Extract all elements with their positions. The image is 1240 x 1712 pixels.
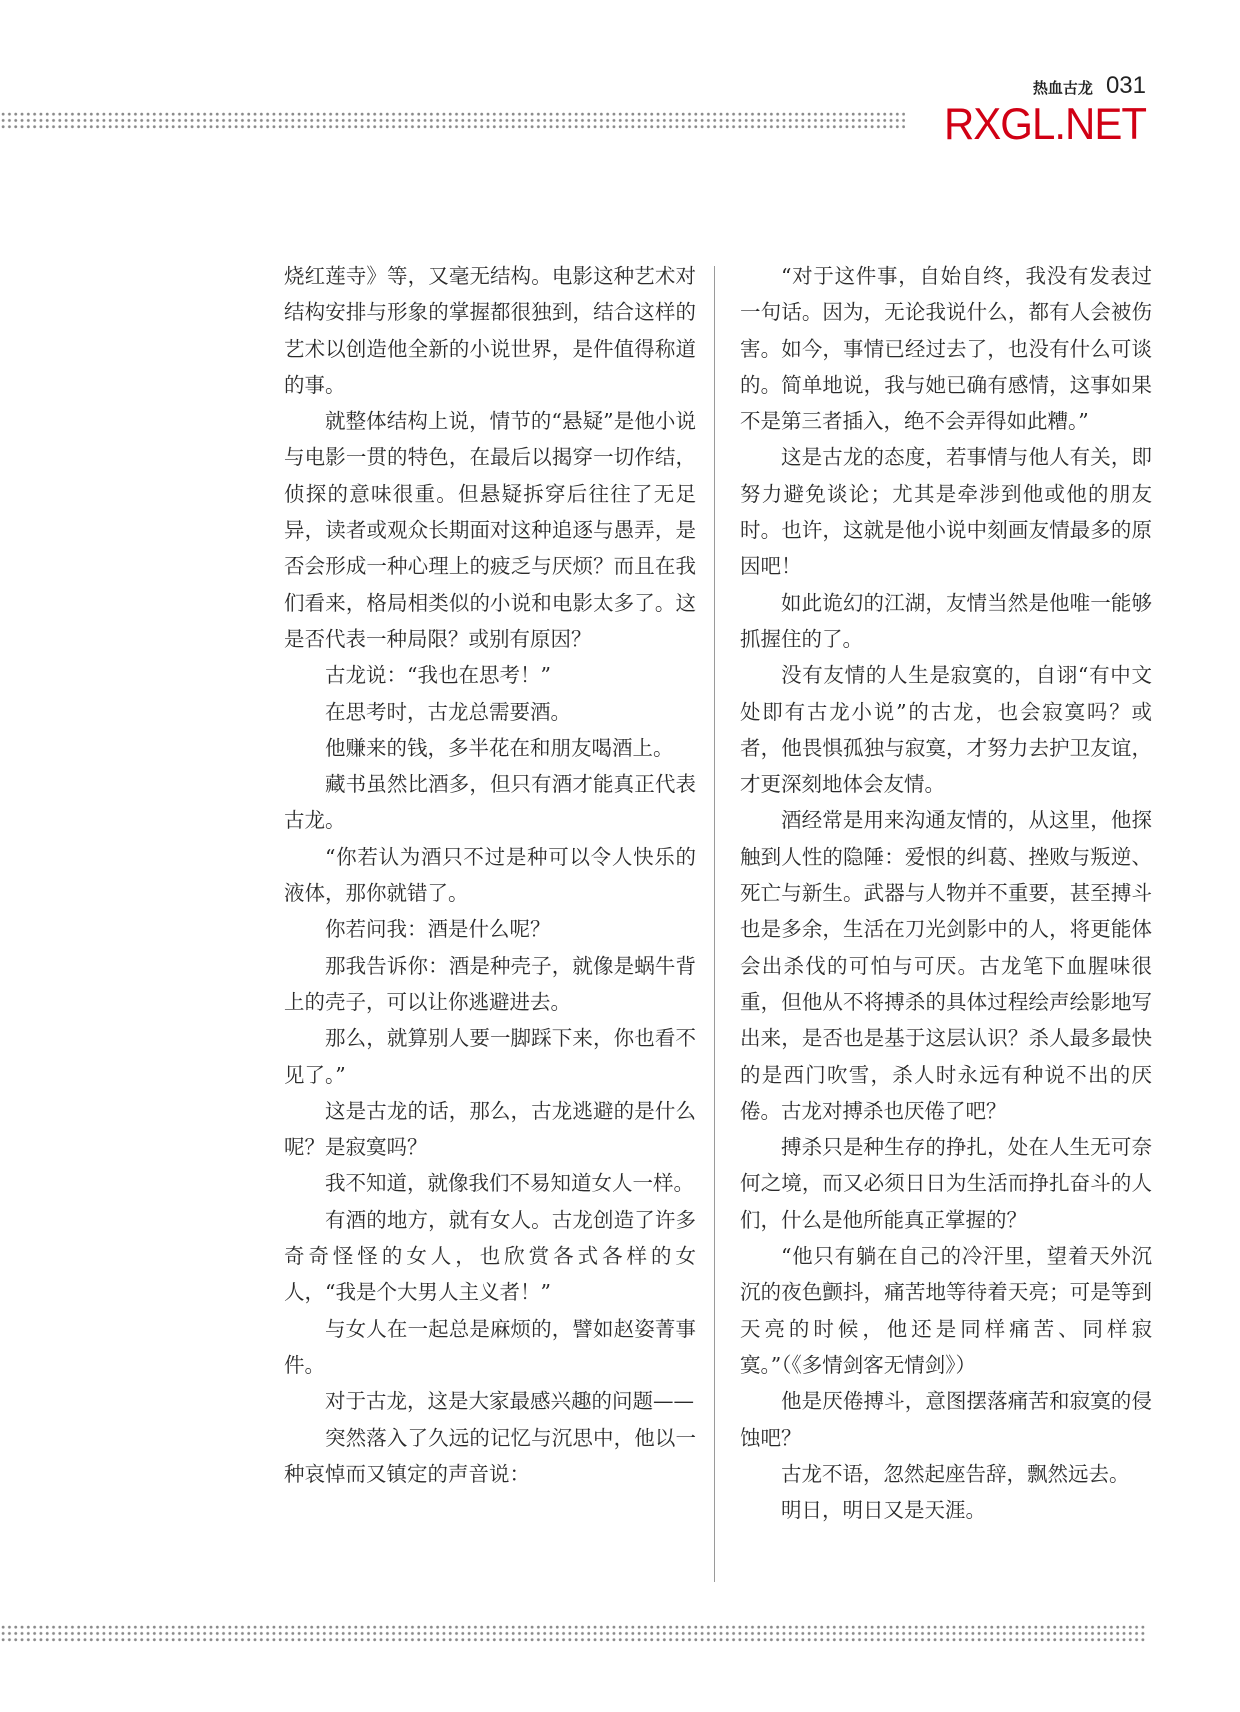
paragraph: “对于这件事，自始自终，我没有发表过一句话。因为，无论我说什么，都有人会被伤害。… <box>740 258 1152 439</box>
paragraph: 与女人在一起总是麻烦的，譬如赵姿菁事件。 <box>284 1311 696 1384</box>
paragraph: 搏杀只是种生存的挣扎，处在人生无可奈何之境，而又必须日日为生活而挣扎奋斗的人们，… <box>740 1129 1152 1238</box>
paragraph: “你若认为酒只不过是种可以令人快乐的液体，那你就错了。 <box>284 839 696 912</box>
paragraph: 没有友情的人生是寂寞的，自诩“有中文处即有古龙小说”的古龙，也会寂寞吗？或者，他… <box>740 657 1152 802</box>
paragraph: 他赚来的钱，多半花在和朋友喝酒上。 <box>284 730 696 766</box>
column-divider <box>714 266 715 1582</box>
brand-logo: RXGL.NET <box>944 102 1146 146</box>
header-dotted-band <box>0 111 905 130</box>
article-column-left: 烧红莲寺》等，又毫无结构。电影这种艺术对结构安排与形象的掌握都很独到，结合这样的… <box>284 258 696 1492</box>
page-number: 031 <box>1106 72 1146 99</box>
paragraph: 那我告诉你：酒是种壳子，就像是蜗牛背上的壳子，可以让你逃避进去。 <box>284 948 696 1021</box>
footer-dotted-band <box>0 1624 1145 1643</box>
article-column-right: “对于这件事，自始自终，我没有发表过一句话。因为，无论我说什么，都有人会被伤害。… <box>740 258 1152 1528</box>
paragraph: 酒经常是用来沟通友情的，从这里，他探触到人性的隐陲：爱恨的纠葛、挫败与叛逆、死亡… <box>740 802 1152 1129</box>
paragraph: 我不知道，就像我们不易知道女人一样。 <box>284 1165 696 1201</box>
paragraph: 烧红莲寺》等，又毫无结构。电影这种艺术对结构安排与形象的掌握都很独到，结合这样的… <box>284 258 696 403</box>
paragraph: 藏书虽然比酒多，但只有酒才能真正代表古龙。 <box>284 766 696 839</box>
paragraph: “他只有躺在自己的冷汗里，望着天外沉沉的夜色颤抖，痛苦地等待着天亮；可是等到天亮… <box>740 1238 1152 1383</box>
running-header: 热血古龙 031 <box>1033 72 1146 100</box>
paragraph: 如此诡幻的江湖，友情当然是他唯一能够抓握住的了。 <box>740 585 1152 658</box>
paragraph: 明日，明日又是天涯。 <box>740 1492 1152 1528</box>
paragraph: 突然落入了久远的记忆与沉思中，他以一种哀悼而又镇定的声音说： <box>284 1420 696 1493</box>
paragraph: 你若问我：酒是什么呢？ <box>284 911 696 947</box>
paragraph: 那么，就算别人要一脚踩下来，你也看不见了。” <box>284 1020 696 1093</box>
paragraph: 这是古龙的话，那么，古龙逃避的是什么呢？是寂寞吗？ <box>284 1093 696 1166</box>
paragraph: 在思考时，古龙总需要酒。 <box>284 694 696 730</box>
paragraph: 就整体结构上说，情节的“悬疑”是他小说与电影一贯的特色，在最后以揭穿一切作结，侦… <box>284 403 696 657</box>
paragraph: 古龙说：“我也在思考！” <box>284 657 696 693</box>
paragraph: 他是厌倦搏斗，意图摆落痛苦和寂寞的侵蚀吧？ <box>740 1383 1152 1456</box>
paragraph: 对于古龙，这是大家最感兴趣的问题—— <box>284 1383 696 1419</box>
paragraph: 古龙不语，忽然起座告辞，飘然远去。 <box>740 1456 1152 1492</box>
paragraph: 这是古龙的态度，若事情与他人有关，即努力避免谈论；尤其是牵涉到他或他的朋友时。也… <box>740 439 1152 584</box>
paragraph: 有酒的地方，就有女人。古龙创造了许多奇奇怪怪的女人，也欣赏各式各样的女人，“我是… <box>284 1202 696 1311</box>
section-title: 热血古龙 <box>1033 79 1093 97</box>
